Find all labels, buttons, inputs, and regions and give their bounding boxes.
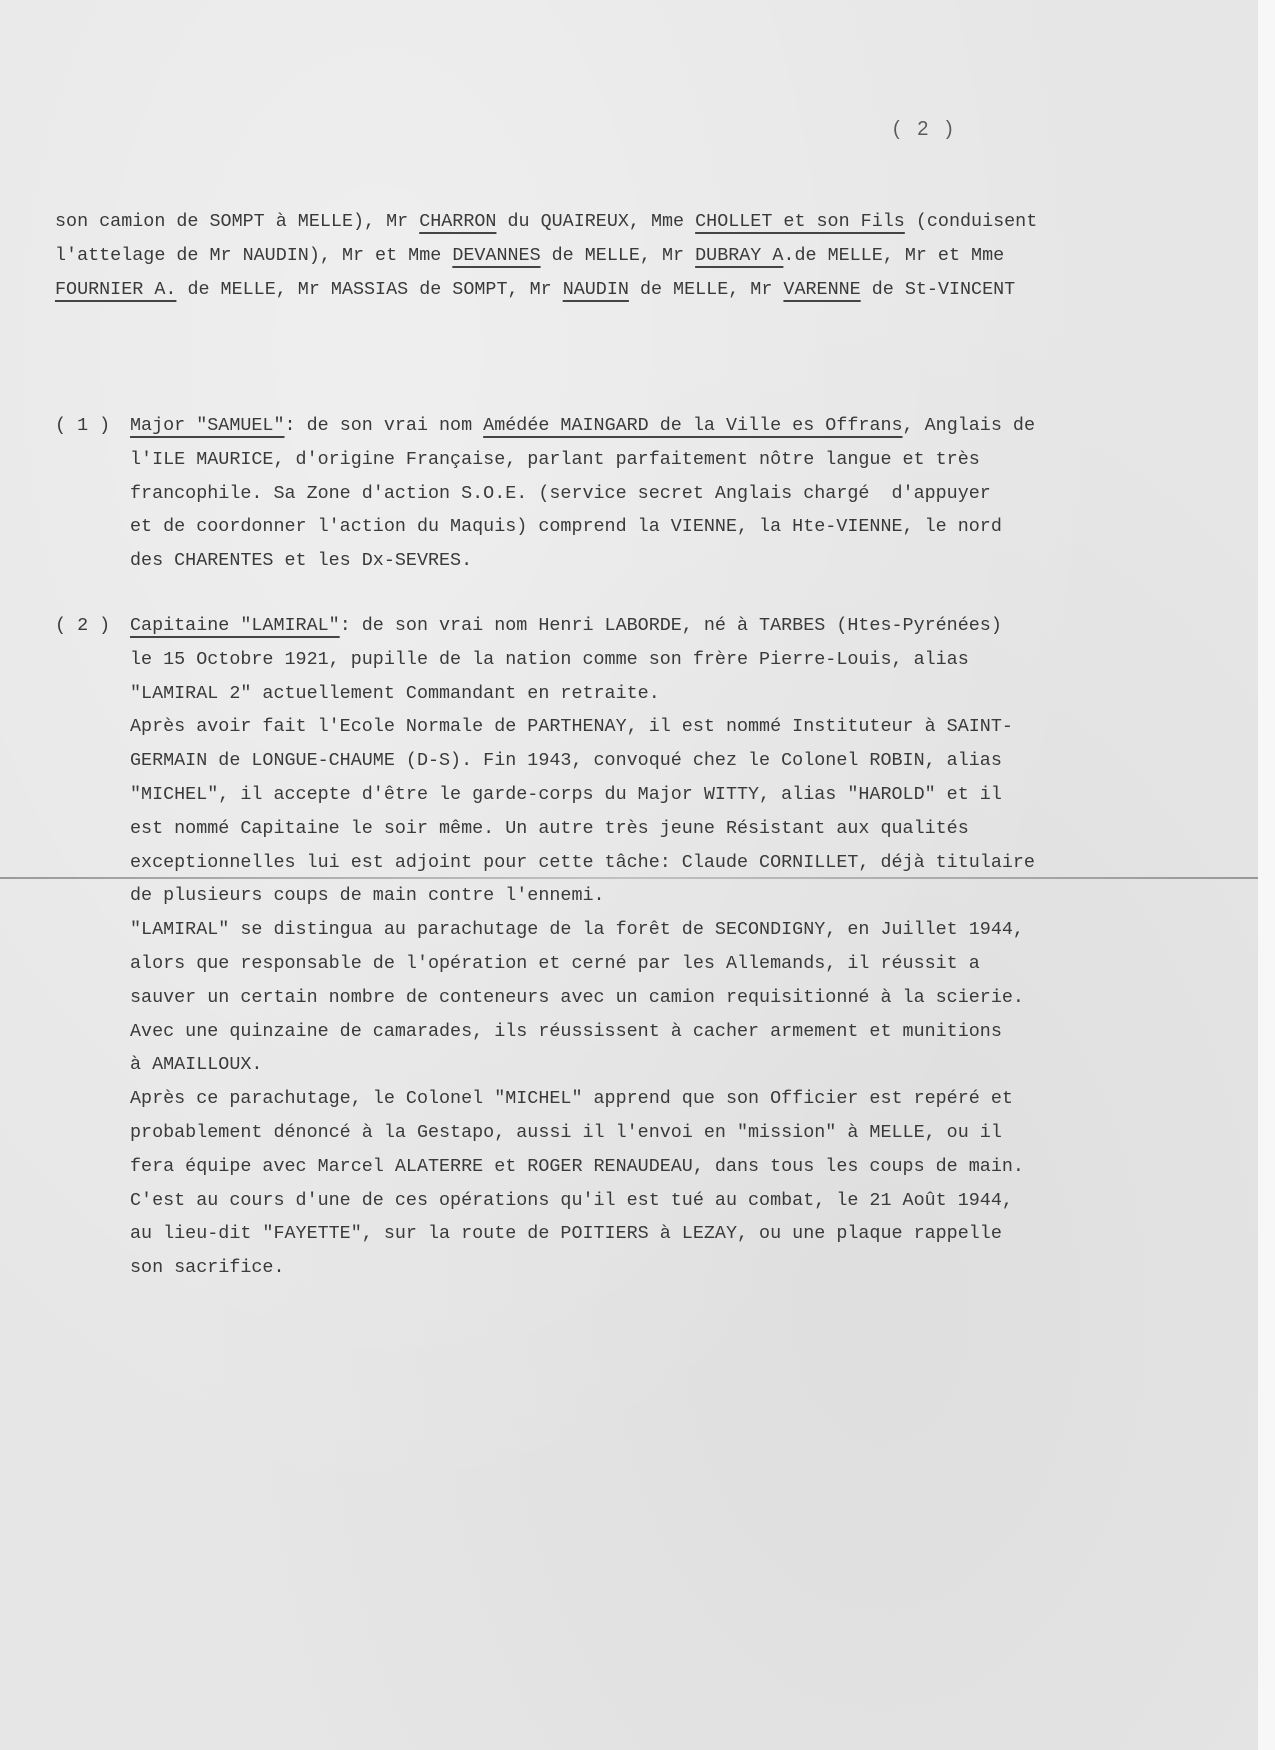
text-segment: "LAMIRAL" se distingua au parachutage de… bbox=[130, 919, 1024, 940]
underlined-name: VARENNE bbox=[783, 279, 860, 300]
text-segment: sauver un certain nombre de conteneurs a… bbox=[130, 987, 1024, 1008]
footnote-line: des CHARENTES et les Dx-SEVRES. bbox=[130, 550, 472, 572]
text-segment: Après ce parachutage, le Colonel "MICHEL… bbox=[130, 1088, 1013, 1109]
text-segment: (conduisent bbox=[905, 211, 1037, 232]
footnote-line: Capitaine "LAMIRAL": de son vrai nom Hen… bbox=[130, 615, 1002, 637]
text-segment: probablement dénoncé à la Gestapo, aussi… bbox=[130, 1122, 1002, 1143]
footnote-line: francophile. Sa Zone d'action S.O.E. (se… bbox=[130, 483, 991, 505]
footnote-line: sauver un certain nombre de conteneurs a… bbox=[130, 987, 1024, 1009]
paper-fold-line bbox=[0, 877, 1258, 879]
footnote-line: GERMAIN de LONGUE-CHAUME (D-S). Fin 1943… bbox=[130, 750, 1002, 772]
text-segment: le 15 Octobre 1921, pupille de la nation… bbox=[130, 649, 969, 670]
underlined-name: DEVANNES bbox=[452, 245, 540, 266]
footnote-line: "LAMIRAL" se distingua au parachutage de… bbox=[130, 919, 1024, 941]
footnote-line: son sacrifice. bbox=[130, 1257, 285, 1279]
text-segment: alors que responsable de l'opération et … bbox=[130, 953, 980, 974]
text-segment: l'attelage de Mr NAUDIN), Mr et Mme bbox=[55, 245, 452, 266]
text-segment: son camion de SOMPT à MELLE), Mr bbox=[55, 211, 419, 232]
text-segment: .de MELLE, Mr et Mme bbox=[783, 245, 1004, 266]
text-segment: exceptionnelles lui est adjoint pour cet… bbox=[130, 852, 1035, 873]
text-segment: des CHARENTES et les Dx-SEVRES. bbox=[130, 550, 472, 571]
text-segment: de plusieurs coups de main contre l'enne… bbox=[130, 885, 605, 906]
text-segment: l'ILE MAURICE, d'origine Française, parl… bbox=[130, 449, 980, 470]
underlined-name: Amédée MAINGARD de la Ville es Offrans bbox=[483, 415, 902, 436]
text-segment: GERMAIN de LONGUE-CHAUME (D-S). Fin 1943… bbox=[130, 750, 1002, 771]
footnote-line: au lieu-dit "FAYETTE", sur la route de P… bbox=[130, 1223, 1002, 1245]
footnote-line: l'ILE MAURICE, d'origine Française, parl… bbox=[130, 449, 980, 471]
text-segment: , Anglais de bbox=[903, 415, 1035, 436]
footnote-line: le 15 Octobre 1921, pupille de la nation… bbox=[130, 649, 969, 671]
footnote-line: fera équipe avec Marcel ALATERRE et ROGE… bbox=[130, 1156, 1024, 1178]
intro-line: l'attelage de Mr NAUDIN), Mr et Mme DEVA… bbox=[55, 245, 1004, 267]
footnote-line: exceptionnelles lui est adjoint pour cet… bbox=[130, 852, 1035, 874]
text-segment: à AMAILLOUX. bbox=[130, 1054, 262, 1075]
footnote-line: Avec une quinzaine de camarades, ils réu… bbox=[130, 1021, 1002, 1043]
footnote-line: et de coordonner l'action du Maquis) com… bbox=[130, 516, 1002, 538]
text-segment: de MELLE, Mr bbox=[629, 279, 784, 300]
underlined-name: NAUDIN bbox=[563, 279, 629, 300]
footnote-number: ( 2 ) bbox=[55, 615, 110, 637]
intro-line: FOURNIER A. de MELLE, Mr MASSIAS de SOMP… bbox=[55, 279, 1015, 301]
text-segment: Après avoir fait l'Ecole Normale de PART… bbox=[130, 716, 1013, 737]
footnote-line: de plusieurs coups de main contre l'enne… bbox=[130, 885, 605, 907]
footnote-line: Après ce parachutage, le Colonel "MICHEL… bbox=[130, 1088, 1013, 1110]
underlined-name: DUBRAY A bbox=[695, 245, 783, 266]
intro-line: son camion de SOMPT à MELLE), Mr CHARRON… bbox=[55, 211, 1037, 233]
footnote-line: à AMAILLOUX. bbox=[130, 1054, 262, 1076]
text-segment: du QUAIREUX, Mme bbox=[496, 211, 695, 232]
footnote-line: Après avoir fait l'Ecole Normale de PART… bbox=[130, 716, 1013, 738]
underlined-name: Capitaine "LAMIRAL" bbox=[130, 615, 340, 636]
text-segment: de MELLE, Mr MASSIAS de SOMPT, Mr bbox=[176, 279, 562, 300]
underlined-name: CHOLLET et son Fils bbox=[695, 211, 905, 232]
footnote-line: "LAMIRAL 2" actuellement Commandant en r… bbox=[130, 683, 660, 705]
text-segment: au lieu-dit "FAYETTE", sur la route de P… bbox=[130, 1223, 1002, 1244]
text-segment: C'est au cours d'une de ces opérations q… bbox=[130, 1190, 1013, 1211]
underlined-name: Major "SAMUEL" bbox=[130, 415, 285, 436]
underlined-name: CHARRON bbox=[419, 211, 496, 232]
text-segment: Avec une quinzaine de camarades, ils réu… bbox=[130, 1021, 1002, 1042]
footnote-line: est nommé Capitaine le soir même. Un aut… bbox=[130, 818, 969, 840]
text-segment: "LAMIRAL 2" actuellement Commandant en r… bbox=[130, 683, 660, 704]
footnote-line: probablement dénoncé à la Gestapo, aussi… bbox=[130, 1122, 1002, 1144]
footnote-number: ( 1 ) bbox=[55, 415, 110, 437]
text-segment: fera équipe avec Marcel ALATERRE et ROGE… bbox=[130, 1156, 1024, 1177]
text-segment: "MICHEL", il accepte d'être le garde-cor… bbox=[130, 784, 1002, 805]
scan-edge bbox=[1258, 0, 1275, 1750]
footnote-line: alors que responsable de l'opération et … bbox=[130, 953, 980, 975]
page-number: ( 2 ) bbox=[893, 118, 959, 141]
text-segment: et de coordonner l'action du Maquis) com… bbox=[130, 516, 1002, 537]
footnote-line: Major "SAMUEL": de son vrai nom Amédée M… bbox=[130, 415, 1035, 437]
text-segment: : de son vrai nom Henri LABORDE, né à TA… bbox=[340, 615, 1002, 636]
text-segment: de St-VINCENT bbox=[861, 279, 1016, 300]
footnote-line: C'est au cours d'une de ces opérations q… bbox=[130, 1190, 1013, 1212]
underlined-name: FOURNIER A. bbox=[55, 279, 176, 300]
text-segment: de MELLE, Mr bbox=[541, 245, 696, 266]
text-segment: : de son vrai nom bbox=[285, 415, 484, 436]
text-segment: est nommé Capitaine le soir même. Un aut… bbox=[130, 818, 969, 839]
footnote-line: "MICHEL", il accepte d'être le garde-cor… bbox=[130, 784, 1002, 806]
text-segment: son sacrifice. bbox=[130, 1257, 285, 1278]
text-segment: francophile. Sa Zone d'action S.O.E. (se… bbox=[130, 483, 991, 504]
